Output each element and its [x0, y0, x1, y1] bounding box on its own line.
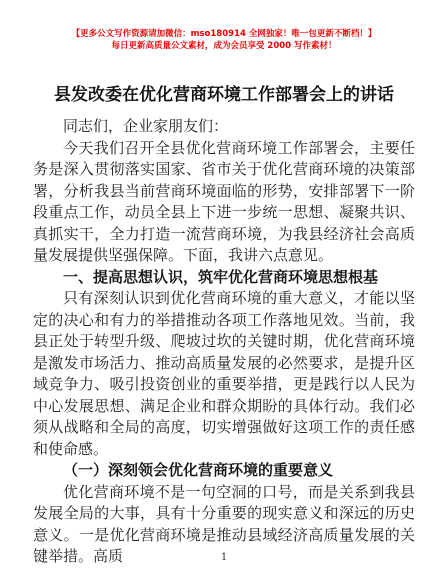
watermark-line2: 每日更新高质量公文素材，成为会员享受 2000 写作素材！	[33, 40, 415, 52]
sub-section-heading: （一）深刻领会优化营商环境的重要意义	[33, 460, 415, 482]
section-heading-1: 一、提高思想认识，筑牢优化营商环境思想根基	[33, 267, 415, 289]
document-title: 县发改委在优化营商环境工作部署会上的讲话	[33, 86, 415, 105]
watermark-banner: 【更多公文写作资源请加微信：mso180914 全网独家！唯一包更新不断档！】 …	[33, 28, 415, 52]
document-page: 【更多公文写作资源请加微信：mso180914 全网独家！唯一包更新不断档！】 …	[0, 0, 448, 580]
watermark-line1: 【更多公文写作资源请加微信：mso180914 全网独家！唯一包更新不断档！】	[33, 28, 415, 40]
document-body: 同志们，企业家朋友们： 今天我们召开全县优化营商环境工作部署会，主要任务是深入贯…	[33, 116, 415, 568]
salutation-line: 同志们，企业家朋友们：	[33, 116, 415, 138]
page-number: 1	[0, 552, 448, 563]
body-paragraph: 今天我们召开全县优化营商环境工作部署会，主要任务是深入贯彻落实国家、省市关于优化…	[33, 138, 415, 267]
body-paragraph: 只有深刻认识到优化营商环境的重大意义，才能以坚定的决心和有力的举措推动各项工作落…	[33, 288, 415, 460]
